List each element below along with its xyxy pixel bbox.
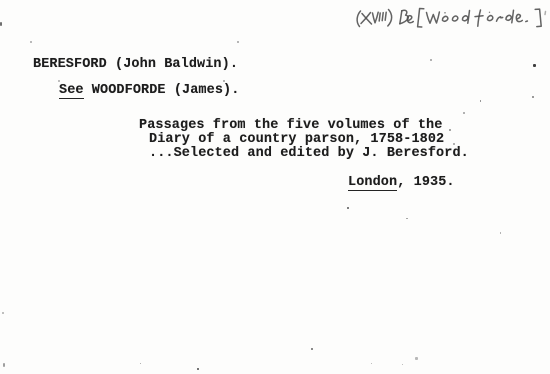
imprint: London, 1935.	[348, 176, 455, 190]
handwritten-annotation	[348, 0, 548, 40]
scan-speck	[500, 232, 501, 234]
scan-speck	[453, 143, 455, 145]
scan-speck	[415, 357, 418, 360]
scan-speck	[402, 364, 403, 365]
scan-speck	[0, 22, 2, 26]
heading-author: BERESFORD (John Baldwin).	[33, 58, 238, 72]
scan-speck	[237, 41, 239, 43]
scan-speck	[371, 363, 372, 364]
scan-speck	[3, 363, 5, 367]
scan-speck	[58, 80, 60, 82]
scan-speck	[463, 112, 465, 114]
scan-speck	[223, 80, 225, 82]
scan-speck	[311, 348, 313, 350]
imprint-place: London	[348, 175, 397, 191]
scan-speck	[30, 41, 32, 43]
scan-speck	[406, 218, 408, 219]
scan-speck	[449, 129, 451, 131]
scan-speck	[197, 368, 199, 370]
see-reference: See WOODFORDE (James).	[59, 84, 239, 98]
title-line-1: Passages from the five volumes of the	[139, 119, 442, 133]
title-line-2: Diary of a country parson, 1758-1802	[149, 133, 444, 147]
scan-speck	[347, 207, 349, 209]
see-word: See	[59, 83, 84, 99]
scan-speck	[140, 363, 141, 364]
scan-speck	[533, 64, 536, 67]
see-target: WOODFORDE (James).	[84, 83, 240, 98]
scan-speck	[532, 96, 534, 98]
catalog-card: BERESFORD (John Baldwin). See WOODFORDE …	[0, 0, 550, 374]
title-line-3: ...Selected and edited by J. Beresford.	[149, 147, 469, 161]
scan-speck	[480, 100, 481, 102]
scan-speck	[430, 59, 432, 61]
scan-speck	[2, 312, 4, 314]
imprint-date: , 1935.	[397, 175, 454, 190]
annotation-strokes	[357, 9, 545, 28]
